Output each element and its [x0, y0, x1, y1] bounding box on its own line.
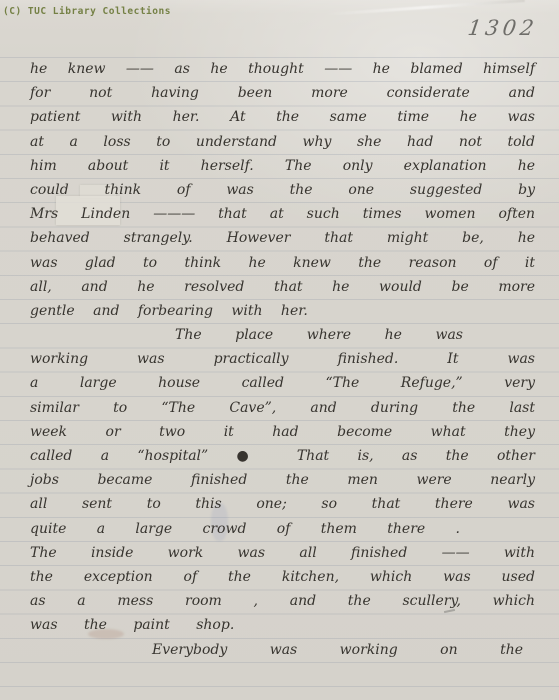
- copyright-stamp: (C) TUC Library Collections: [3, 6, 171, 17]
- manuscript-line: The place where he was: [30, 323, 535, 347]
- manuscript-line: the exception of the kitchen, which was …: [30, 565, 535, 589]
- manuscript-line: as a mess room , and the scullery, which: [30, 589, 535, 613]
- manuscript-line: Mrs Linden ——— that at such times women …: [30, 202, 535, 226]
- manuscript-line: quite a large crowd of them there .: [30, 517, 535, 541]
- manuscript-text: he knew —— as he thought —— he blamed hi…: [30, 57, 535, 662]
- manuscript-page: (C) TUC Library Collections 1302 he knew…: [0, 0, 559, 700]
- manuscript-line: he knew —— as he thought —— he blamed hi…: [30, 57, 535, 81]
- manuscript-line: all, and he resolved that he would be mo…: [30, 275, 535, 299]
- page-number: 1302: [466, 16, 539, 40]
- manuscript-line: him about it herself. The only explanati…: [30, 154, 535, 178]
- manuscript-line: at a loss to understand why she had not …: [30, 130, 535, 154]
- manuscript-line: called a “hospital” ● That is, as the ot…: [30, 444, 535, 468]
- manuscript-line: The inside work was all finished —— with: [30, 541, 535, 565]
- manuscript-line: jobs became finished the men were nearly: [30, 468, 535, 492]
- manuscript-line: gentle and forbearing with her.: [30, 299, 535, 323]
- manuscript-line: could think of was the one suggested by: [30, 178, 535, 202]
- manuscript-line: Everybody was working on the: [30, 638, 535, 662]
- manuscript-line: was the paint shop.: [30, 613, 535, 637]
- manuscript-line: a large house called “The Refuge,” very: [30, 371, 535, 395]
- paper-crease: [325, 0, 525, 16]
- manuscript-line: patient with her. At the same time he wa…: [30, 105, 535, 129]
- manuscript-line: all sent to this one; so that there was: [30, 492, 535, 516]
- manuscript-line: week or two it had become what they: [30, 420, 535, 444]
- manuscript-line: similar to “The Cave”, and during the la…: [30, 396, 535, 420]
- manuscript-line: for not having been more considerate and: [30, 81, 535, 105]
- manuscript-line: working was practically finished. It was: [30, 347, 535, 371]
- manuscript-line: was glad to think he knew the reason of …: [30, 251, 535, 275]
- manuscript-line: behaved strangely. However that might be…: [30, 226, 535, 250]
